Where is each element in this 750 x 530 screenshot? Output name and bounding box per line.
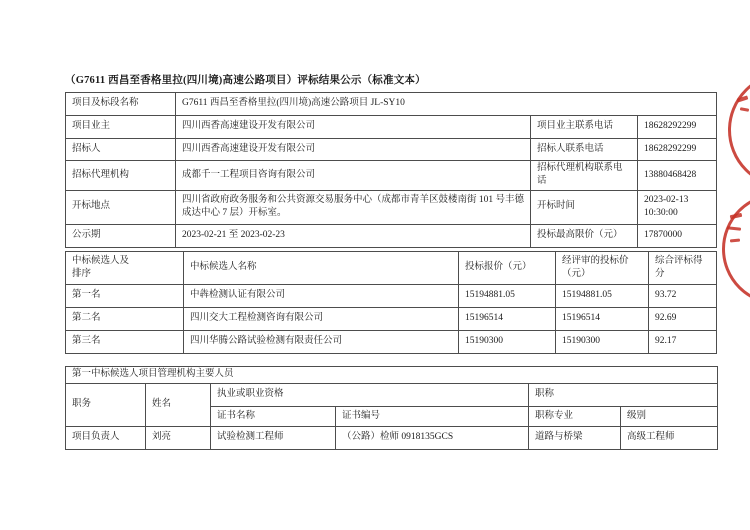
publicity-period-value: 2023-02-21 至 2023-02-23 — [176, 224, 531, 247]
candidate-bid-price: 15190300 — [459, 331, 556, 354]
table-header-row: 职务 姓名 执业或职业资格 职称 — [66, 384, 718, 407]
owner-phone-value: 18628292299 — [638, 116, 717, 139]
table-row: 第二名 四川交大工程检测咨询有限公司 15196514 15196514 92.… — [66, 308, 717, 331]
table-row: 第一名 中犇检测认证有限公司 15194881.05 15194881.05 9… — [66, 285, 717, 308]
project-section-label: 项目及标段名称 — [66, 93, 176, 116]
table-header-row: 中标候选人及 排序 中标候选人名称 投标报价（元） 经评审的投标价（元） 综合评… — [66, 252, 717, 285]
owner-value: 四川西香高速建设开发有限公司 — [176, 116, 531, 139]
personnel-table-title: 第一中标候选人项目管理机构主要人员 — [66, 367, 718, 384]
candidate-name: 四川华腾公路试验检测有限责任公司 — [184, 331, 459, 354]
table-row: 公示期 2023-02-21 至 2023-02-23 投标最高限价（元） 17… — [66, 224, 717, 247]
col-header-score: 综合评标得分 — [649, 252, 717, 285]
person-name: 刘亮 — [146, 427, 211, 450]
table-row: 项目业主 四川西香高速建设开发有限公司 项目业主联系电话 18628292299 — [66, 116, 717, 139]
candidate-score: 92.17 — [649, 331, 717, 354]
col-header-name: 姓名 — [146, 384, 211, 427]
max-price-value: 17870000 — [638, 224, 717, 247]
person-cert-name: 试验检测工程师 — [211, 427, 336, 450]
official-seal-icon — [728, 72, 750, 188]
tenderer-phone-label: 招标人联系电话 — [531, 139, 638, 161]
tenderer-phone-value: 18628292299 — [638, 139, 717, 161]
official-seal-icon — [722, 193, 750, 305]
candidate-evaluated-price: 15194881.05 — [556, 285, 649, 308]
person-cert-no: （公路）检师 0918135GCS — [336, 427, 529, 450]
col-header-cert-no: 证书编号 — [336, 407, 529, 427]
person-title-level: 高级工程师 — [621, 427, 718, 450]
candidate-rank: 第三名 — [66, 331, 184, 354]
agency-phone-value: 13880468428 — [638, 161, 717, 191]
project-section-value: G7611 西昌至香格里拉(四川境)高速公路项目 JL-SY10 — [176, 93, 717, 116]
col-header-name: 中标候选人名称 — [184, 252, 459, 285]
tenderer-value: 四川西香高速建设开发有限公司 — [176, 139, 531, 161]
table-row: 项目负责人 刘亮 试验检测工程师 （公路）检师 0918135GCS 道路与桥梁… — [66, 427, 718, 450]
candidates-table: 中标候选人及 排序 中标候选人名称 投标报价（元） 经评审的投标价（元） 综合评… — [65, 251, 717, 354]
table-row: 招标代理机构 成都千一工程项目咨询有限公司 招标代理机构联系电话 1388046… — [66, 161, 717, 191]
candidate-bid-price: 15196514 — [459, 308, 556, 331]
col-header-position: 职务 — [66, 384, 146, 427]
publicity-period-label: 公示期 — [66, 224, 176, 247]
table-row: 开标地点 四川省政府政务服务和公共资源交易服务中心（成都市青羊区鼓楼南街 101… — [66, 190, 717, 224]
col-header-title-level: 级别 — [621, 407, 718, 427]
col-header-rank: 中标候选人及 排序 — [66, 252, 184, 285]
table-row: 第三名 四川华腾公路试验检测有限责任公司 15190300 15190300 9… — [66, 331, 717, 354]
table-title-row: 第一中标候选人项目管理机构主要人员 — [66, 367, 718, 384]
announcement-page: （G7611 西昌至香格里拉(四川境)高速公路项目）评标结果公示（标准文本） 项… — [0, 0, 750, 530]
candidate-rank: 第二名 — [66, 308, 184, 331]
candidate-bid-price: 15194881.05 — [459, 285, 556, 308]
agency-value: 成都千一工程项目咨询有限公司 — [176, 161, 531, 191]
candidate-name: 四川交大工程检测咨询有限公司 — [184, 308, 459, 331]
owner-label: 项目业主 — [66, 116, 176, 139]
project-info-table: 项目及标段名称 G7611 西昌至香格里拉(四川境)高速公路项目 JL-SY10… — [65, 92, 717, 248]
agency-phone-label: 招标代理机构联系电话 — [531, 161, 638, 191]
col-header-qualification: 执业或职业资格 — [211, 384, 529, 407]
agency-label: 招标代理机构 — [66, 161, 176, 191]
page-title: （G7611 西昌至香格里拉(四川境)高速公路项目）评标结果公示（标准文本） — [65, 72, 426, 87]
candidate-name: 中犇检测认证有限公司 — [184, 285, 459, 308]
open-place-value: 四川省政府政务服务和公共资源交易服务中心（成都市青羊区鼓楼南街 101 号丰德成… — [176, 190, 531, 224]
col-header-evaluated-price: 经评审的投标价（元） — [556, 252, 649, 285]
table-row: 项目及标段名称 G7611 西昌至香格里拉(四川境)高速公路项目 JL-SY10 — [66, 93, 717, 116]
personnel-table: 第一中标候选人项目管理机构主要人员 职务 姓名 执业或职业资格 职称 证书名称 … — [65, 366, 718, 450]
open-time-label: 开标时间 — [531, 190, 638, 224]
open-time-value: 2023-02-13 10:30:00 — [638, 190, 717, 224]
col-header-title-major: 职称专业 — [529, 407, 621, 427]
col-header-bid-price: 投标报价（元） — [459, 252, 556, 285]
candidate-score: 93.72 — [649, 285, 717, 308]
open-place-label: 开标地点 — [66, 190, 176, 224]
col-header-cert-name: 证书名称 — [211, 407, 336, 427]
person-title-major: 道路与桥梁 — [529, 427, 621, 450]
candidate-evaluated-price: 15196514 — [556, 308, 649, 331]
owner-phone-label: 项目业主联系电话 — [531, 116, 638, 139]
person-position: 项目负责人 — [66, 427, 146, 450]
candidate-evaluated-price: 15190300 — [556, 331, 649, 354]
table-row: 招标人 四川西香高速建设开发有限公司 招标人联系电话 18628292299 — [66, 139, 717, 161]
max-price-label: 投标最高限价（元） — [531, 224, 638, 247]
tenderer-label: 招标人 — [66, 139, 176, 161]
candidate-rank: 第一名 — [66, 285, 184, 308]
col-header-title: 职称 — [529, 384, 718, 407]
candidate-score: 92.69 — [649, 308, 717, 331]
